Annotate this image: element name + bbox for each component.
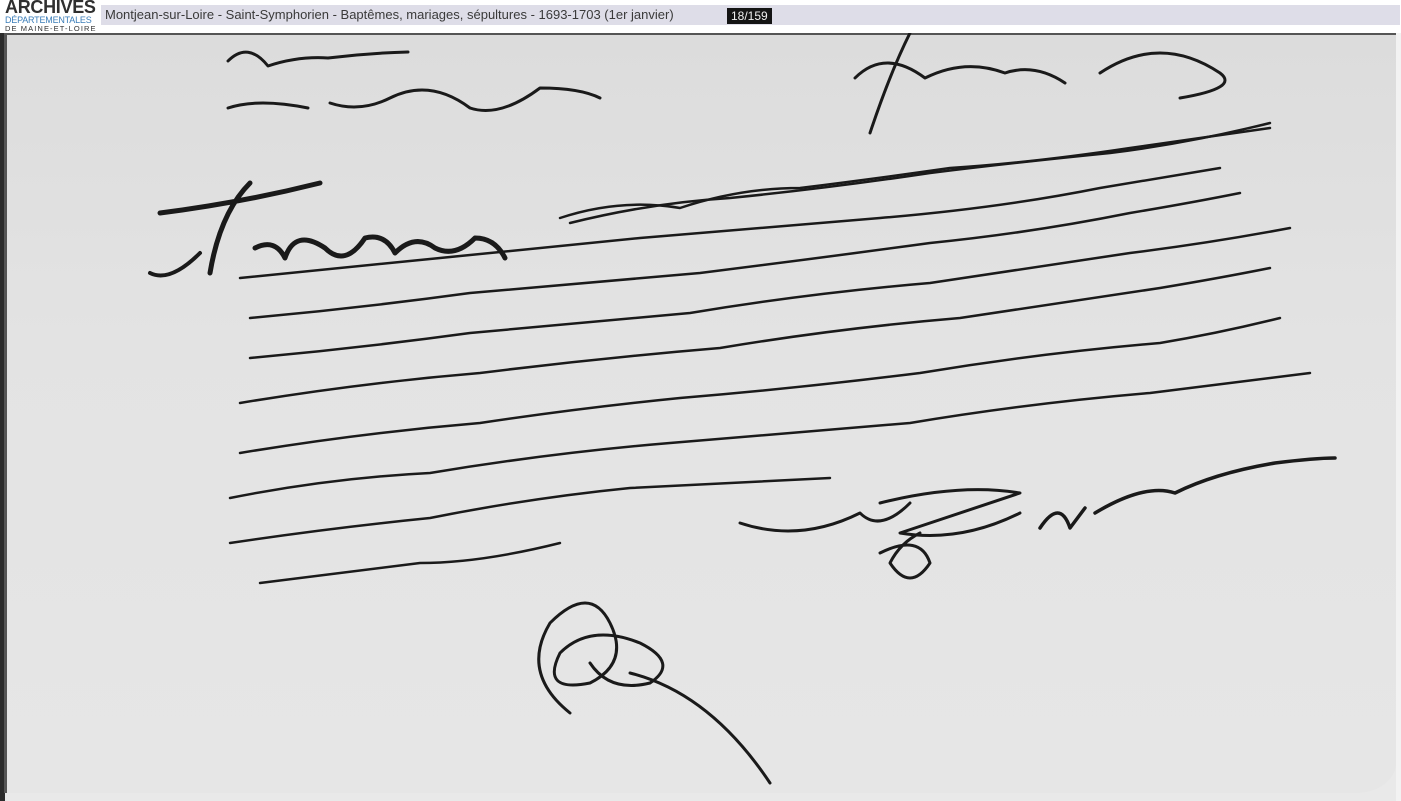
- header: ARCHIVES DÉPARTEMENTALES DE MAINE-ET-LOI…: [0, 0, 1401, 33]
- image-viewer[interactable]: [0, 33, 1401, 801]
- logo-line-maine-et-loire: DE MAINE-ET-LOIRE: [5, 25, 97, 33]
- handwriting-ink: [0, 33, 1401, 801]
- document-title-bar: Montjean-sur-Loire - Saint-Symphorien - …: [101, 5, 1400, 25]
- document-title: Montjean-sur-Loire - Saint-Symphorien - …: [105, 7, 674, 23]
- archives-logo[interactable]: ARCHIVES DÉPARTEMENTALES DE MAINE-ET-LOI…: [3, 0, 101, 33]
- page-counter: 18/159: [727, 8, 772, 24]
